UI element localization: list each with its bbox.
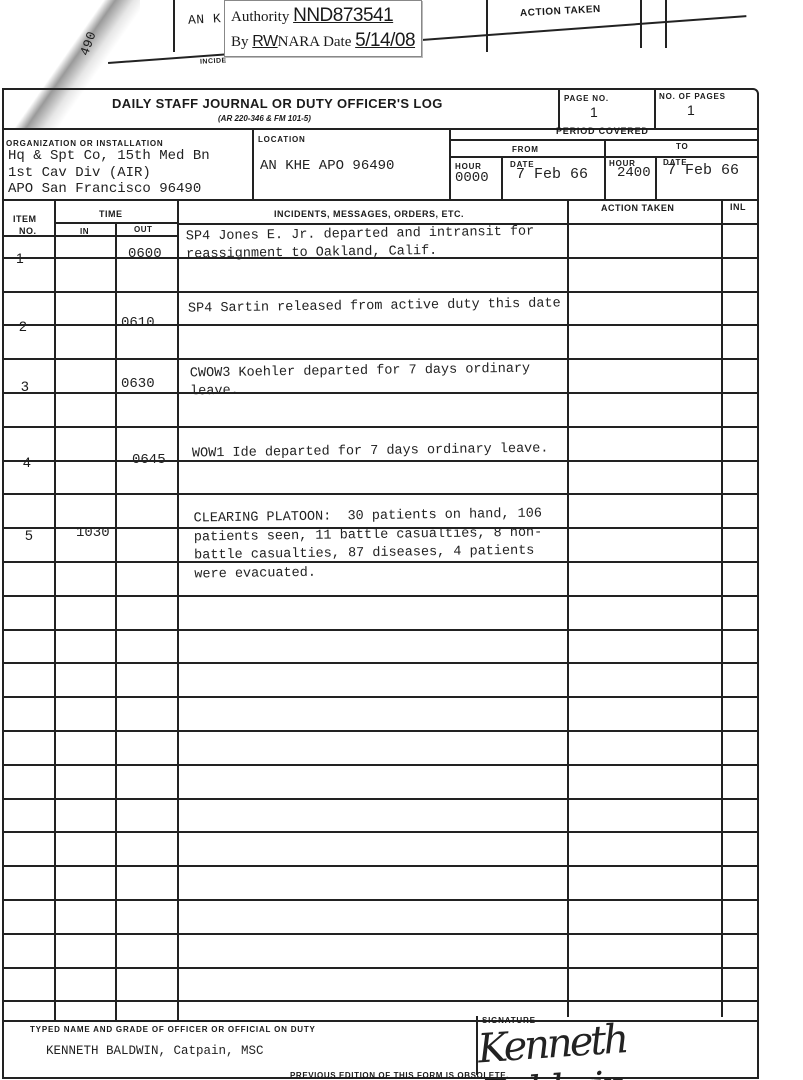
location-label: LOCATION — [258, 135, 306, 144]
to-date-value: 7 Feb 66 — [667, 162, 739, 179]
row-divider — [4, 257, 757, 259]
entry-item-no: 4 — [23, 454, 31, 470]
period-covered-label: PERIOD COVERED — [556, 126, 649, 136]
header-time: TIME — [99, 209, 123, 219]
entry-time-out: 0600 — [128, 246, 162, 262]
row-divider — [4, 595, 757, 597]
scrap-incidents-fragment: INCIDE — [200, 57, 227, 65]
row-divider — [4, 291, 757, 293]
by-initials: RW — [252, 33, 277, 50]
entry-text: CWOW3 Koehler departed for 7 days ordina… — [190, 361, 531, 402]
location-value: AN KHE APO 96490 — [260, 158, 394, 174]
header-item: ITEM — [13, 214, 37, 224]
row-divider — [4, 865, 757, 867]
entry-text: SP4 Sartin released from active duty thi… — [188, 295, 561, 318]
to-hour-value: 2400 — [617, 165, 651, 181]
from-label: FROM — [512, 145, 539, 154]
scrap-action-taken-label: ACTION TAKEN — [520, 4, 601, 19]
row-divider — [4, 967, 757, 969]
no-of-pages-label: NO. OF PAGES — [659, 92, 726, 101]
entry-time-out: 0610 — [121, 315, 155, 331]
obsolete-note: PREVIOUS EDITION OF THIS FORM IS OBSOLET… — [290, 1071, 509, 1080]
organization-line-1: Hq & Spt Co, 15th Med Bn — [8, 148, 210, 164]
page-no-label: PAGE NO. — [564, 94, 609, 103]
row-divider — [4, 899, 757, 901]
from-date-value: 7 Feb 66 — [516, 166, 588, 183]
row-divider — [4, 764, 757, 766]
page-no-value: 1 — [590, 104, 598, 120]
header-time-out: OUT — [134, 225, 152, 234]
row-divider — [4, 426, 757, 428]
by-label: By — [231, 34, 249, 50]
row-divider — [4, 629, 757, 631]
row-divider — [4, 831, 757, 833]
nara-date-label: NARA Date — [278, 34, 352, 50]
row-divider — [4, 324, 757, 326]
from-hour-value: 0000 — [455, 170, 489, 186]
authority-value: NND873541 — [293, 5, 393, 26]
row-divider — [4, 696, 757, 698]
row-divider — [4, 561, 757, 563]
form-subtitle: (AR 220-346 & FM 101-5) — [218, 114, 311, 123]
row-divider — [4, 392, 757, 394]
organization-label: ORGANIZATION OR INSTALLATION — [6, 139, 164, 148]
row-divider — [4, 527, 757, 529]
nara-date-value: 5/14/08 — [355, 30, 415, 51]
form-title: DAILY STAFF JOURNAL OR DUTY OFFICER'S LO… — [112, 96, 443, 111]
entry-text: CLEARING PLATOON: 30 patients on hand, 1… — [194, 506, 543, 585]
row-divider — [4, 1000, 757, 1002]
row-divider — [4, 730, 757, 732]
to-label: TO — [676, 142, 689, 151]
header-action-taken: ACTION TAKEN — [601, 203, 674, 213]
scrap-number-fragment: 490 — [77, 29, 100, 58]
officer-name: KENNETH BALDWIN, Catpain, MSC — [46, 1044, 264, 1058]
authority-label: Authority — [231, 9, 289, 25]
header-incidents: INCIDENTS, MESSAGES, ORDERS, ETC. — [274, 209, 464, 219]
row-divider — [4, 460, 757, 462]
header-inl: INL — [730, 202, 746, 212]
organization-line-3: APO San Francisco 96490 — [8, 181, 201, 197]
row-divider — [4, 798, 757, 800]
entry-item-no: 2 — [19, 318, 27, 334]
row-divider — [4, 662, 757, 664]
scrap-location-fragment: AN K — [188, 11, 222, 28]
no-of-pages-value: 1 — [687, 102, 695, 118]
declassification-stamp: Authority NND873541 By RWNARA Date 5/14/… — [224, 0, 422, 57]
entry-item-no: 5 — [25, 527, 33, 543]
duty-officer-log-form: DAILY STAFF JOURNAL OR DUTY OFFICER'S LO… — [2, 88, 759, 1079]
row-divider — [4, 933, 757, 935]
row-divider — [177, 223, 567, 225]
entry-time-out: 0630 — [121, 376, 155, 392]
organization-line-2: 1st Cav Div (AIR) — [8, 165, 151, 181]
row-divider — [4, 358, 757, 360]
row-divider — [4, 493, 757, 495]
officer-label: TYPED NAME AND GRADE OF OFFICER OR OFFIC… — [30, 1025, 316, 1034]
